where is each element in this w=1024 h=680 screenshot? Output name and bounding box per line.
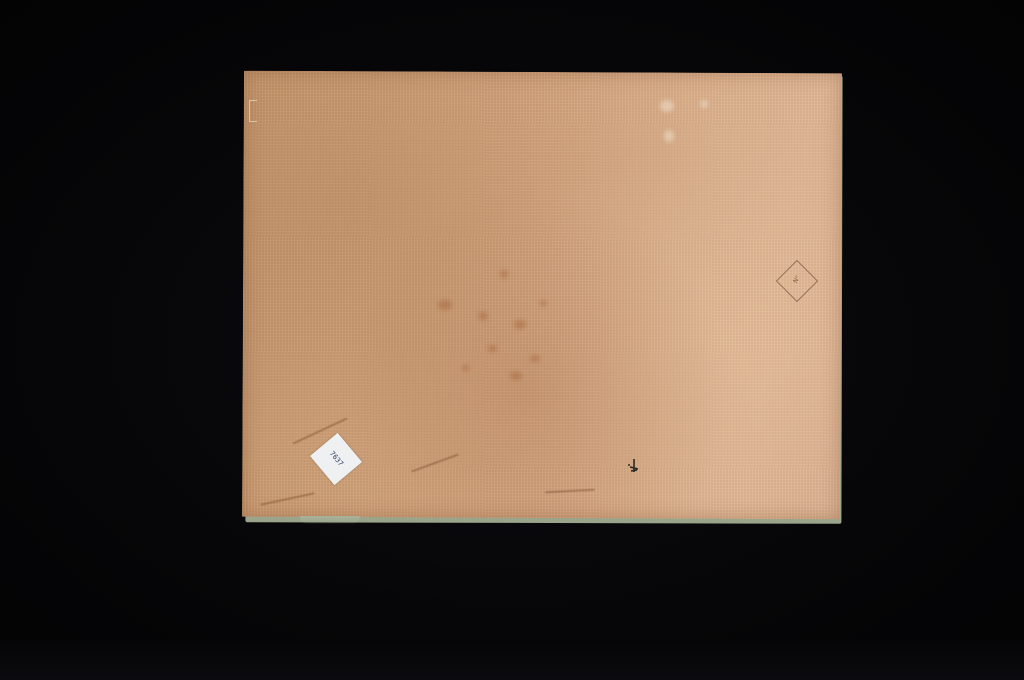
ink-mark-icon xyxy=(626,458,640,474)
pale-spot xyxy=(660,100,674,112)
stain xyxy=(478,312,488,320)
stain xyxy=(462,365,469,371)
backdrop-bottom-band xyxy=(0,640,1024,680)
stain xyxy=(540,300,547,306)
binding-tab xyxy=(249,100,257,122)
stain xyxy=(438,300,452,310)
frayed-edge xyxy=(300,516,360,524)
stain xyxy=(488,345,497,352)
stain xyxy=(510,372,522,380)
pale-spot xyxy=(700,100,708,108)
stain xyxy=(500,270,508,278)
stain xyxy=(514,320,526,329)
pale-spot xyxy=(664,130,674,142)
stain xyxy=(530,355,540,362)
label-number: 7637 xyxy=(328,450,345,468)
